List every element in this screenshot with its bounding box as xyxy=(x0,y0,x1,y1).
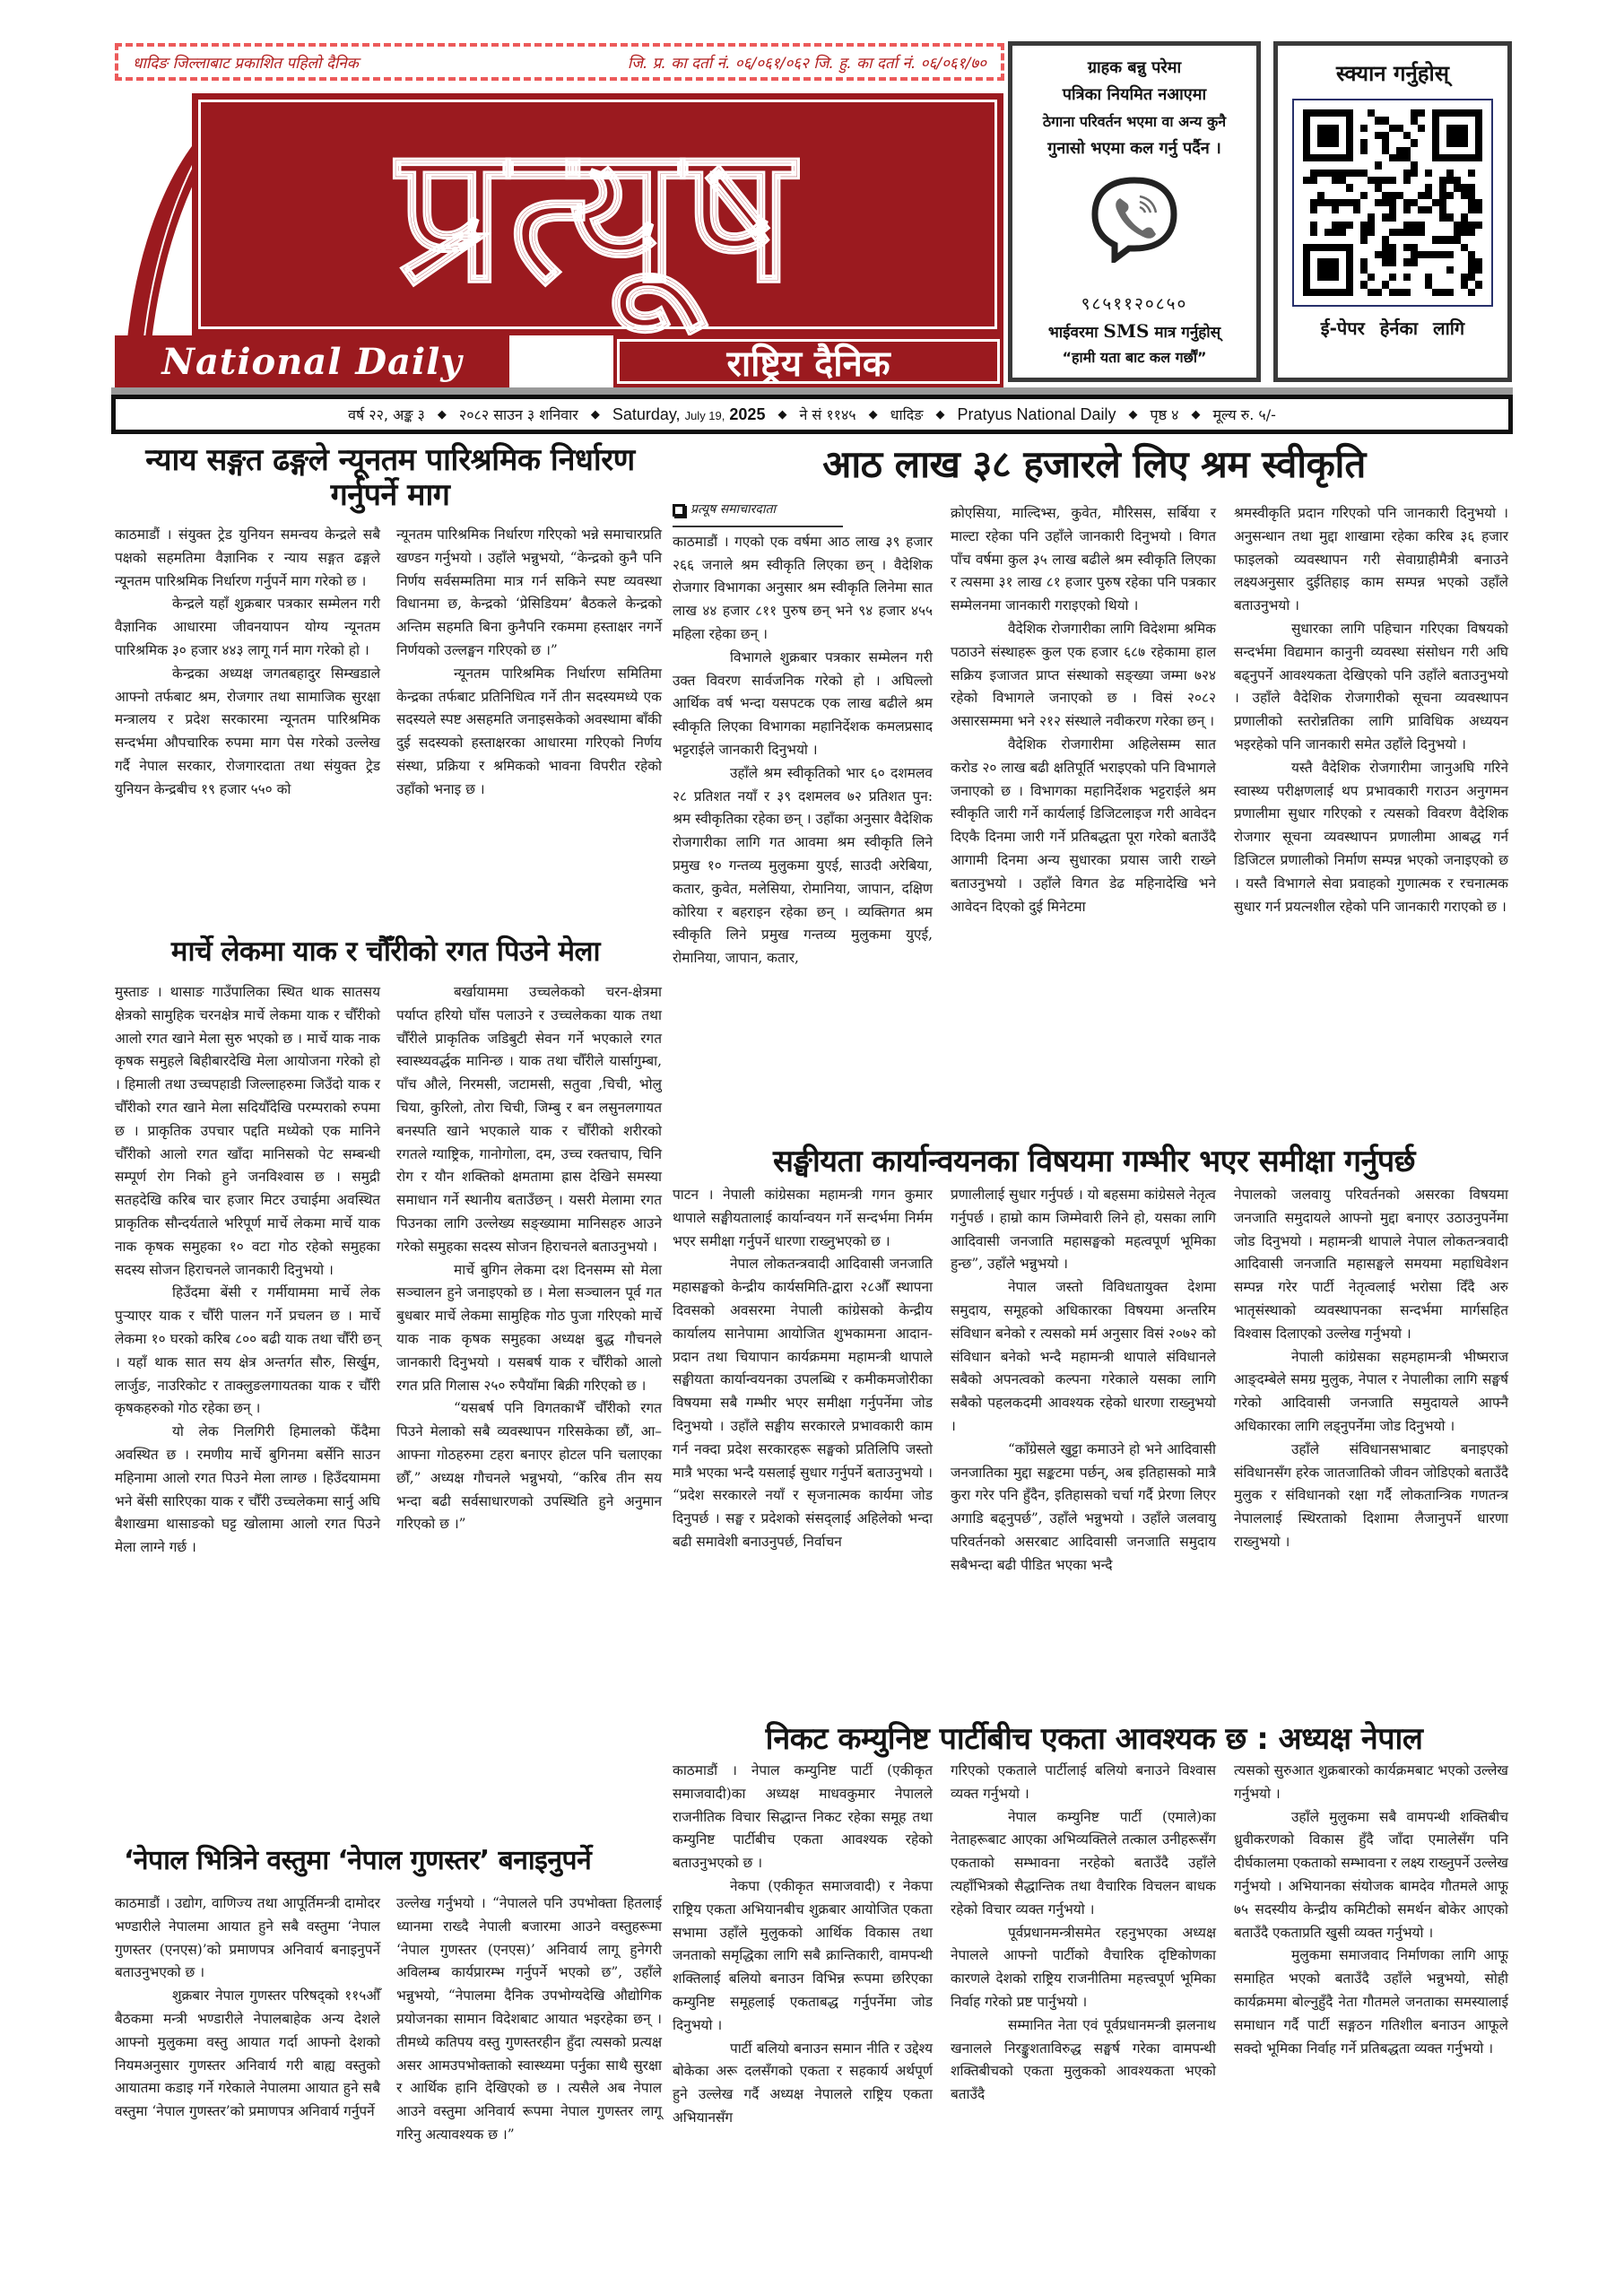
ad-line: गुनासो भएमा कल गर्नु पर्दैन । xyxy=(1018,135,1251,162)
newspaper-logo: प्रत्यूष National Daily राष्ट्रिय दैनिक xyxy=(111,93,1008,389)
ad-line: ठेगाना परिवर्तन भएमा वा अन्य कुनै xyxy=(1018,109,1251,135)
separator-diamond-icon: ◆ xyxy=(777,408,786,422)
qr-code-matrix xyxy=(1303,109,1482,296)
english-date: Saturday, July 19, 2025 xyxy=(612,405,766,424)
article-nepal-standard-col1: काठमाडौं । उद्योग, वाणिज्य तथा आपूर्तिमन… xyxy=(115,1892,380,2124)
page-number: पृष्ठ ४ xyxy=(1151,404,1179,424)
price: मूल्य रु. ५/- xyxy=(1212,404,1275,424)
article-labour-permits-col2: क्रोएसिया, माल्दिभ्स, कुवेत, मौरिसस, सर्… xyxy=(951,502,1216,918)
article-federalism-col3: नेपालको जलवायु परिवर्तनको असरका विषयमा ज… xyxy=(1234,1184,1508,1554)
byline: प्रत्यूष समाचारदाता xyxy=(673,499,843,527)
dateline-bar: वर्ष २२, अङ्क ३ ◆ २०८२ साउन ३ शनिवार ◆ S… xyxy=(111,395,1513,434)
article-minimum-wage-col2: न्यूनतम पारिश्रमिक निर्धारण गरिएको भन्ने… xyxy=(396,524,662,802)
logo-english-bar: National Daily xyxy=(115,335,509,387)
sms-instruction: भाईवरमा SMS मात्र गर्नुहोस् xyxy=(1018,320,1251,342)
separator-diamond-icon: ◆ xyxy=(1129,408,1138,422)
separator-diamond-icon: ◆ xyxy=(1191,408,1200,422)
article-yak-festival-col1: मुस्ताङ । थासाङ गाउँपालिका स्थित थाक सात… xyxy=(115,981,380,1560)
registration-number: जि. प्र. का दर्ता नं. ०६/०६१/०६२ जि. हु.… xyxy=(628,52,986,73)
headline-minimum-wage: न्याय सङ्गत ढङ्गले न्यूनतम पारिश्रमिक नि… xyxy=(126,443,655,513)
separator-diamond-icon: ◆ xyxy=(591,408,600,422)
article-labour-permits-col1: प्रत्यूष समाचारदाता काठमाडौं । गएको एक व… xyxy=(673,499,933,970)
separator-diamond-icon: ◆ xyxy=(869,408,878,422)
article-communist-unity-col3: त्यसको सुरुआत शुक्रबारको कार्यक्रमबाट भए… xyxy=(1234,1760,1508,2060)
separator-diamond-icon: ◆ xyxy=(935,408,944,422)
ad-line: पत्रिका नियमित नआएमा xyxy=(1018,82,1251,109)
qr-code-ad: स्क्यान गर्नुहोस् ई-पेपर हेर्नका लागि xyxy=(1273,41,1512,382)
article-federalism-col2: प्रणालीलाई सुधार गर्नुपर्छ । यो बहसमा का… xyxy=(951,1184,1216,1578)
headline-yak-festival: मार्चे लेकमा याक र चौँरीको रगत पिउने मेल… xyxy=(117,936,655,969)
logo-nepali-bar: राष्ट्रिय दैनिक xyxy=(613,335,1003,387)
article-communist-unity-col1: काठमाडौं । नेपाल कम्युनिष्ट पार्टी (एकीक… xyxy=(673,1760,933,2130)
article-yak-festival-col2: बर्खायाममा उच्चलेकको चरन-क्षेत्रमा पर्या… xyxy=(396,981,662,1536)
byline-square-icon xyxy=(673,504,685,517)
headline-nepal-standard: ‘नेपाल भित्रिने वस्तुमा ‘नेपाल गुणस्तर’ … xyxy=(117,1846,664,1877)
subscription-ad: ग्राहक बन्नु परेमा पत्रिका नियमित नआएमा … xyxy=(1008,41,1261,382)
ad-quote: “हामी यता बाट कल गर्छौं” xyxy=(1018,347,1251,367)
masthead-rule xyxy=(111,387,1513,395)
ad-line: ग्राहक बन्नु परेमा xyxy=(1018,55,1251,82)
logo-english: National Daily xyxy=(161,341,462,383)
nepal-sambat: ने सं ११४५ xyxy=(799,404,855,424)
article-nepal-standard-col2: उल्लेख गर्नुभयो । “नेपालले पनि उपभोक्ता … xyxy=(396,1892,662,2147)
viber-icon xyxy=(1088,175,1181,263)
headline-communist-unity: निकट कम्युनिष्ट पार्टीबीच एकता आवश्यक छ … xyxy=(682,1722,1507,1757)
headline-labour-permits: आठ लाख ३८ हजारले लिए श्रम स्वीकृति xyxy=(682,443,1507,486)
paper-name: Pratyus National Daily xyxy=(957,405,1116,424)
headline-federalism: सङ्घीयता कार्यान्वयनका विषयमा गम्भीर भएर… xyxy=(682,1144,1507,1179)
nepali-date: २०८२ साउन ३ शनिवार xyxy=(459,404,578,424)
tagline-left: धादिङ जिल्लाबाट प्रकाशित पहिलो दैनिक xyxy=(133,52,359,73)
article-communist-unity-col2: गरिएको एकताले पार्टीलाई बलियो बनाउने विश… xyxy=(951,1760,1216,2107)
place: धादिङ xyxy=(890,404,924,424)
qr-title: स्क्यान गर्नुहोस् xyxy=(1287,58,1498,88)
volume-issue: वर्ष २२, अङ्क ३ xyxy=(348,404,425,424)
article-labour-permits-col3: श्रमस्वीकृति प्रदान गरिएको पनि जानकारी द… xyxy=(1234,502,1508,918)
logo-nepali: राष्ट्रिय दैनिक xyxy=(726,337,890,387)
qr-caption: ई-पेपर हेर्नका लागि xyxy=(1287,316,1498,340)
article-federalism-col1: पाटन । नेपाली कांग्रेसका महामन्त्री गगन … xyxy=(673,1184,933,1554)
qr-code-icon[interactable] xyxy=(1292,99,1493,307)
separator-diamond-icon: ◆ xyxy=(438,408,447,422)
logo-title-block: प्रत्यूष xyxy=(192,93,1003,335)
registration-banner: धादिङ जिल्लाबाट प्रकाशित पहिलो दैनिक जि.… xyxy=(115,43,1004,81)
article-minimum-wage-col1: काठमाडौं । संयुक्त ट्रेड युनियन समन्वय क… xyxy=(115,524,380,802)
viber-phone-number: ९८५११२०८५० xyxy=(1018,291,1251,315)
masthead: धादिङ जिल्लाबाट प्रकाशित पहिलो दैनिक जि.… xyxy=(111,39,1008,389)
logo-title: प्रत्यूष xyxy=(397,120,799,309)
